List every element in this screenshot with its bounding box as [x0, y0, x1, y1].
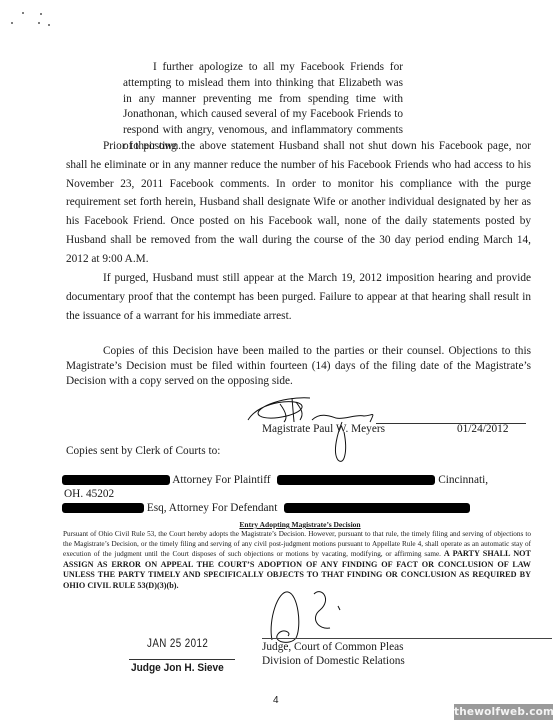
plaintiff-attorney-row: Attorney For Plaintiff Cincinnati,: [62, 474, 488, 486]
judge-title: Judge, Court of Common Pleas Division of…: [262, 640, 405, 668]
stamp-line: [129, 659, 235, 660]
redaction-bar: [277, 475, 435, 485]
plaintiff-city: Cincinnati,: [438, 474, 488, 486]
judge-signature-line: [262, 638, 552, 639]
stamp-judge-name: Judge Jon H. Sieve: [131, 662, 224, 674]
scan-specks: [8, 10, 58, 30]
defendant-attorney-label: Esq, Attorney For Defendant: [147, 502, 278, 514]
paragraph-objections: Copies of this Decision have been mailed…: [66, 344, 531, 389]
stamp-date: JAN 25 2012: [147, 638, 208, 650]
magistrate-date: 01/24/2012: [457, 423, 508, 435]
redaction-bar: [62, 503, 144, 513]
watermark: thewolfweb.com: [454, 704, 553, 720]
judge-title-division: Division of Domestic Relations: [262, 654, 405, 668]
paragraph-purge-hearing: If purged, Husband must still appear at …: [66, 269, 531, 325]
defendant-attorney-row: Esq, Attorney For Defendant: [62, 502, 470, 514]
judge-title-court: Judge, Court of Common Pleas: [262, 640, 405, 654]
magistrate-name: Magistrate Paul W. Meyers: [262, 423, 385, 435]
redaction-bar: [62, 475, 170, 485]
plaintiff-zip: OH. 45202: [64, 488, 114, 500]
plaintiff-attorney-label: Attorney For Plaintiff: [172, 474, 270, 486]
redaction-bar: [284, 503, 470, 513]
copies-heading: Copies sent by Clerk of Courts to:: [66, 445, 220, 457]
paragraph-facebook-requirements: Prior to posting the above statement Hus…: [66, 137, 531, 269]
entry-title: Entry Adopting Magistrate’s Decision: [60, 520, 540, 529]
page-number: 4: [273, 695, 279, 706]
